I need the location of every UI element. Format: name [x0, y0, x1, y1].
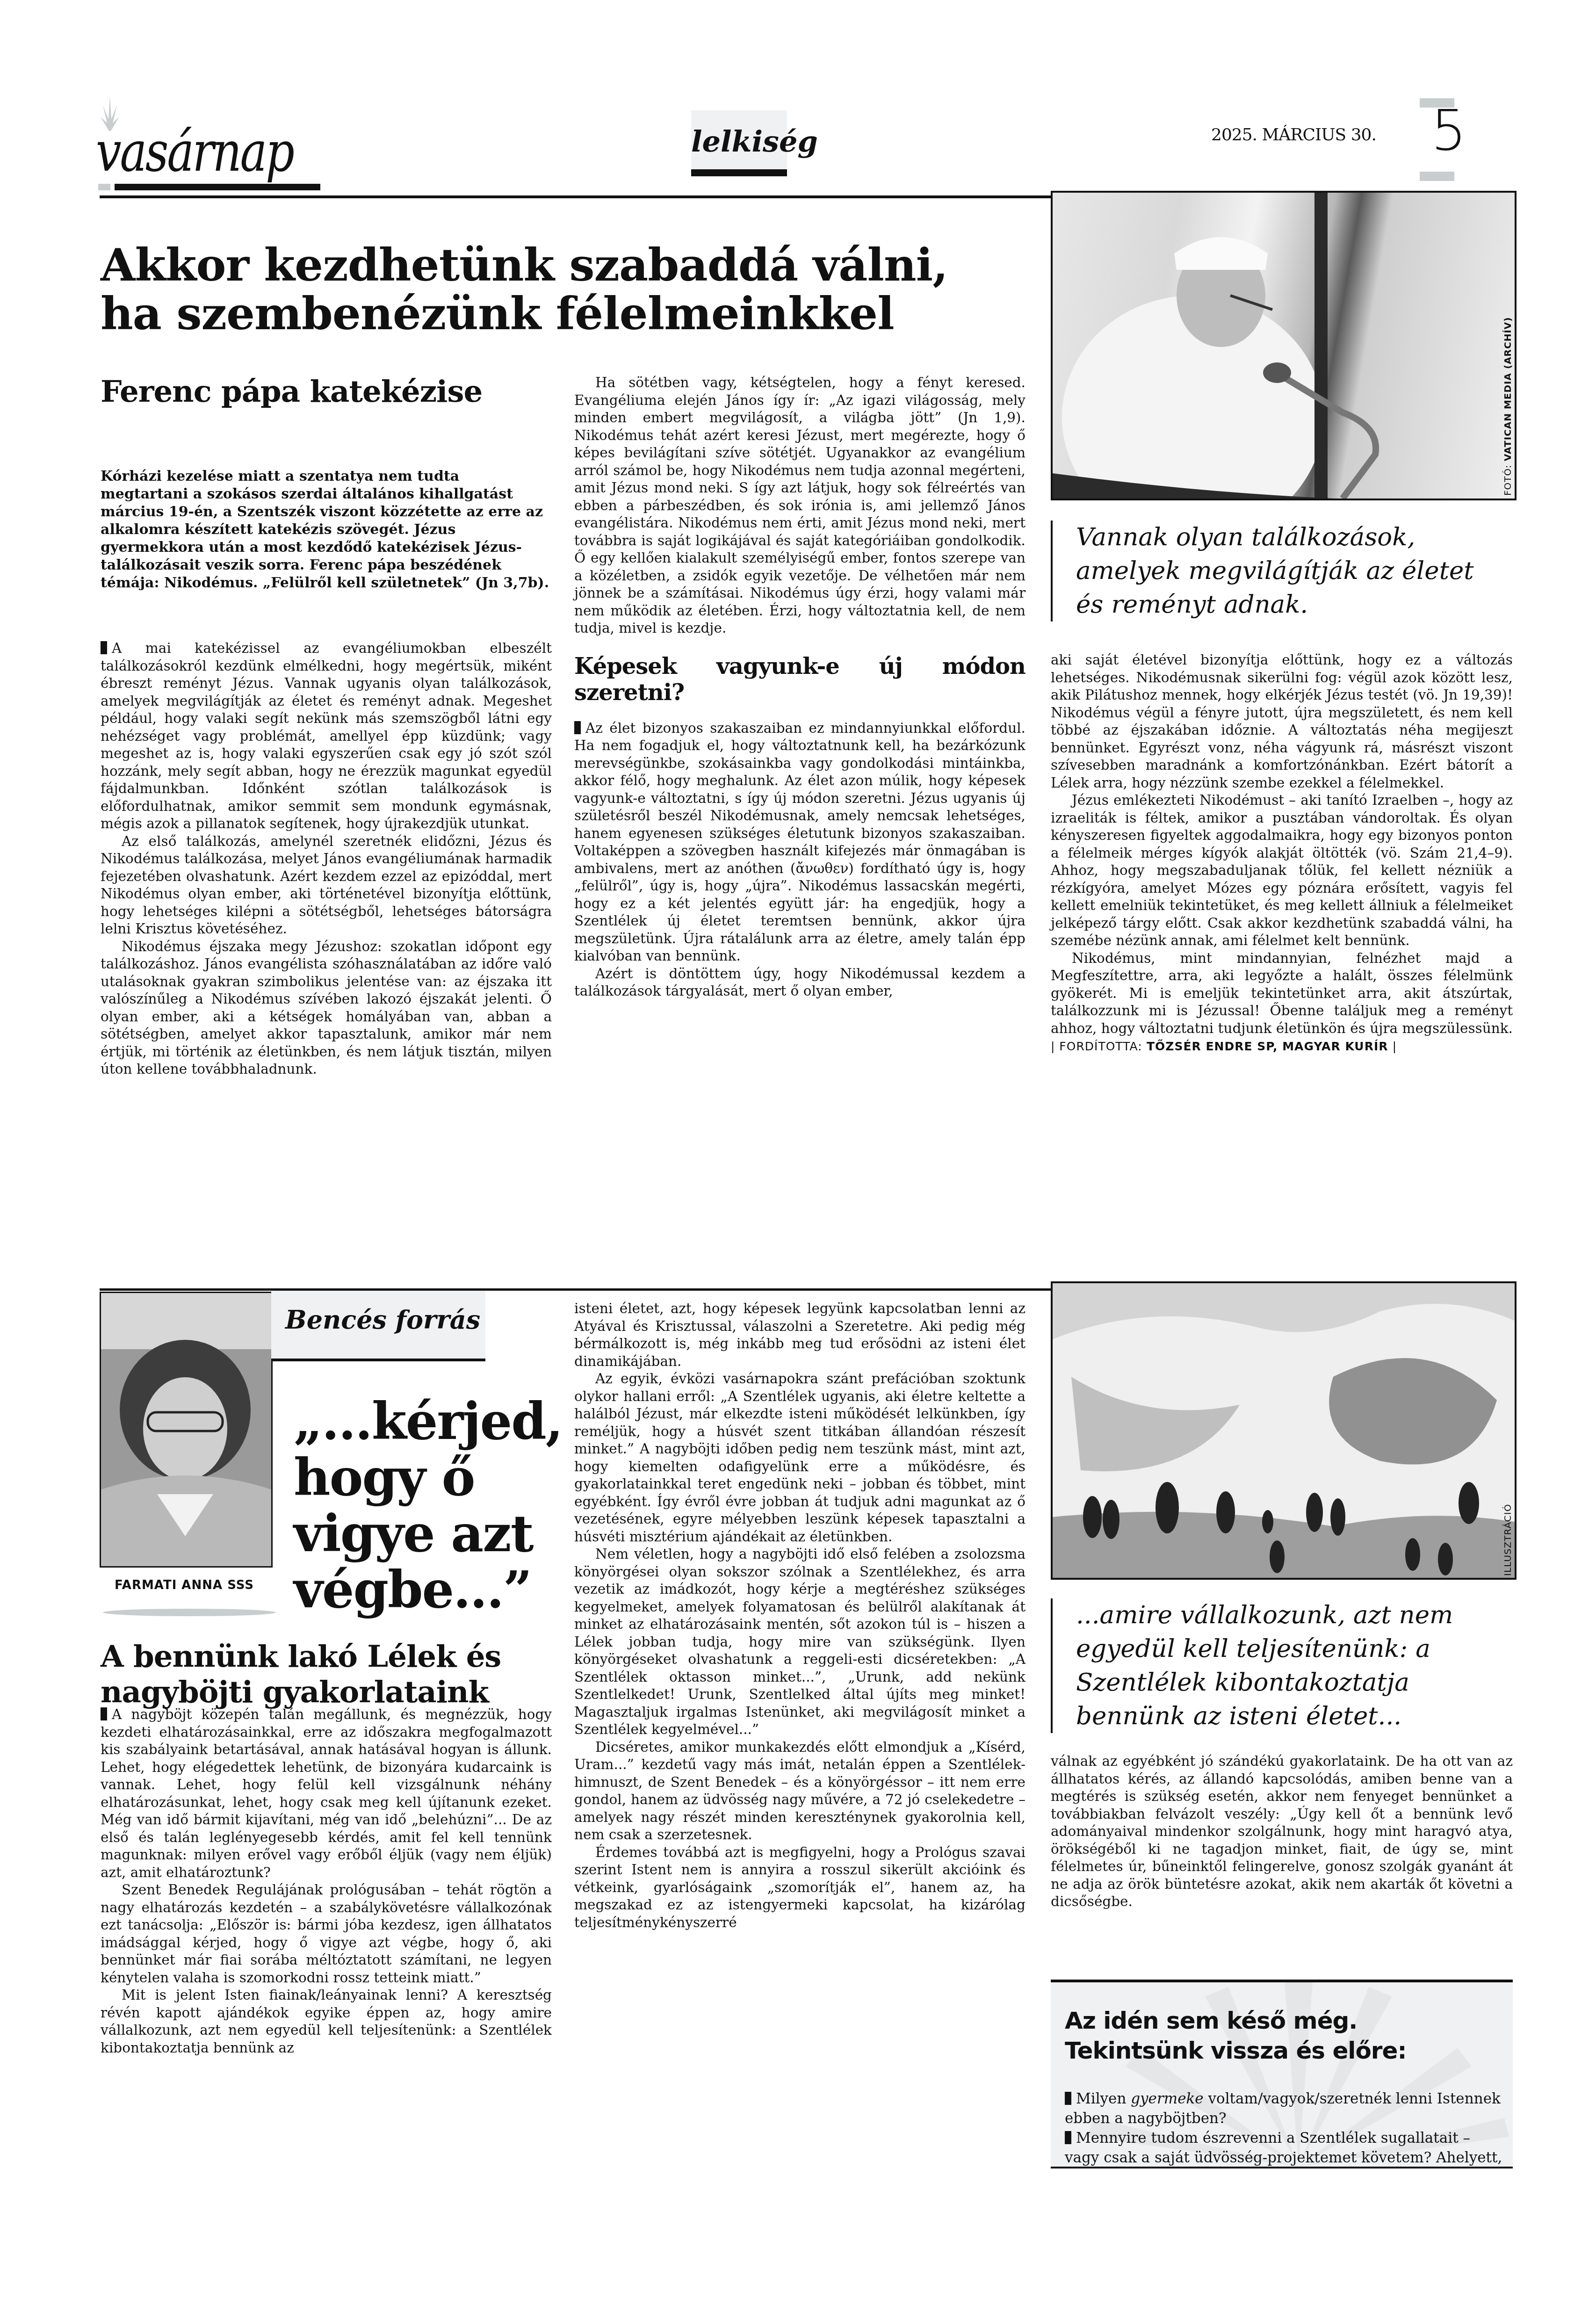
article1-column-1: A mai katekézissel az evangéliumokban el…	[101, 640, 552, 1078]
paragraph: Azért is döntöttem úgy, hogy Nikodémussa…	[574, 965, 1025, 1000]
bullet-icon	[1065, 2092, 1071, 2105]
section-label: lelkiség	[691, 110, 787, 176]
paragraph: Az egyik, évközi vasárnapokra szánt pref…	[574, 1370, 1025, 1546]
article2-column-3: válnak az egyébként jó szándékú gyakorla…	[1051, 1753, 1513, 1911]
box-title: Az idén sem késő még. Tekintsünk vissza …	[1065, 2006, 1406, 2066]
section-underline	[691, 169, 787, 176]
box-question-list: Milyen gyermeke voltam/vagyok/szeretnék …	[1065, 2089, 1503, 2168]
paragraph: Az első találkozás, amelynél szeretnék e…	[101, 833, 552, 938]
list-item: Mennyire tudom észrevenni a Szentlélek s…	[1065, 2128, 1503, 2168]
logo-underline	[115, 184, 320, 190]
section-subheading: Képesek vagyunk-e új módon szeretni?	[574, 653, 1025, 706]
page-number-bar-bottom	[1420, 172, 1454, 181]
pull-quote: Vannak olyan találkozások, amelyek megvi…	[1051, 520, 1488, 622]
logo-text: vasárnap	[96, 119, 293, 184]
translator-name: TŐZSÉR ENDRE SP, MAGYAR KURÍR	[1147, 1040, 1388, 1053]
issue-date: 2025. MÁRCIUS 30.	[1211, 125, 1376, 145]
watercolor-painting	[1053, 1283, 1515, 1578]
paragraph: Nikodémus éjszaka megy Jézushoz: szokatl…	[101, 938, 552, 1078]
article2-column-1: A nagyböjt közepén talán megállunk, és m…	[101, 1706, 552, 2057]
paragraph: Az élet bizonyos szakaszaiban ez mindann…	[574, 720, 1025, 965]
paragraph: válnak az egyébként jó szándékú gyakorla…	[1051, 1753, 1513, 1911]
quote-title: „...kérjed, hogy ő vigye azt végbe...”	[294, 1394, 562, 1618]
paragraph: Mit is jelent Isten fiainak/leányainak l…	[101, 1987, 552, 2057]
author-name: FARMATI ANNA SSS	[115, 1578, 254, 1592]
author-shadow-decoration	[103, 1609, 276, 1616]
paragraph-marker-icon	[101, 1707, 107, 1720]
article-headline: Akkor kezdhetünk szabaddá válni, ha szem…	[101, 241, 1036, 338]
paragraph: Dicséretes, amikor munkakezdés előtt elm…	[574, 1739, 1025, 1844]
pope-photo[interactable]	[1051, 191, 1517, 500]
page-number: 5	[1431, 98, 1466, 163]
paragraph: A mai katekézissel az evangéliumokban el…	[101, 640, 552, 833]
article-subheadline: Ferenc pápa katekézise	[101, 374, 482, 409]
article2-headline: A bennünk lakó Lélek és nagyböjti gyakor…	[101, 1639, 501, 1710]
illustration-credit: ILLUSZTRÁCIÓ	[1502, 1504, 1513, 1576]
column-label: Bencés forrás	[271, 1291, 485, 1361]
watercolor-illustration[interactable]	[1051, 1281, 1517, 1580]
paragraph: Szent Benedek Regulájának prológusában –…	[101, 1881, 552, 1987]
paragraph: Ha sötétben vagy, kétségtelen, hogy a fé…	[574, 374, 1025, 637]
article2-column-2: isteni életet, azt, hogy képesek legyünk…	[574, 1300, 1025, 1931]
logo-underline-accent	[98, 184, 110, 190]
paragraph-marker-icon	[101, 641, 107, 654]
pope-photo-illustration	[1053, 193, 1515, 499]
paragraph: isteni életet, azt, hogy képesek legyünk…	[574, 1300, 1025, 1370]
article-lead: Kórházi kezelése miatt a szentatya nem t…	[101, 468, 549, 592]
article1-column-2: Ha sötétben vagy, kétségtelen, hogy a fé…	[574, 374, 1025, 1000]
paragraph: Érdemes továbbá azt is megfigyelni, hogy…	[574, 1844, 1025, 1932]
paragraph: Jézus emlékezteti Nikodémust – aki tanít…	[1051, 792, 1513, 950]
paragraph: A nagyböjt közepén talán megállunk, és m…	[101, 1706, 552, 1881]
translator-label: | FORDÍTOTTA:	[1051, 1040, 1142, 1053]
paragraph: Nem véletlen, hogy a nagyböjti idő első …	[574, 1546, 1025, 1739]
pull-quote: ...amire vállalkozunk, azt nem egyedül k…	[1051, 1598, 1488, 1733]
list-item: Milyen gyermeke voltam/vagyok/szeretnék …	[1065, 2089, 1503, 2128]
paragraph: Nikodémus, mint mindannyian, felnézhet m…	[1051, 950, 1513, 1055]
author-portrait	[101, 1293, 271, 1566]
paragraph: aki saját életével bizonyítja előttünk, …	[1051, 651, 1513, 792]
newspaper-logo[interactable]: vasárnap	[96, 91, 348, 199]
photo-credit: FOTÓ: VATICAN MEDIA (ARCHÍV)	[1502, 317, 1513, 496]
reflection-box: Az idén sem késő még. Tekintsünk vissza …	[1051, 1980, 1513, 2168]
article1-column-3: aki saját életével bizonyítja előttünk, …	[1051, 651, 1513, 1055]
author-photo[interactable]	[100, 1292, 273, 1568]
paragraph-marker-icon	[574, 721, 581, 734]
bullet-icon	[1065, 2131, 1071, 2144]
